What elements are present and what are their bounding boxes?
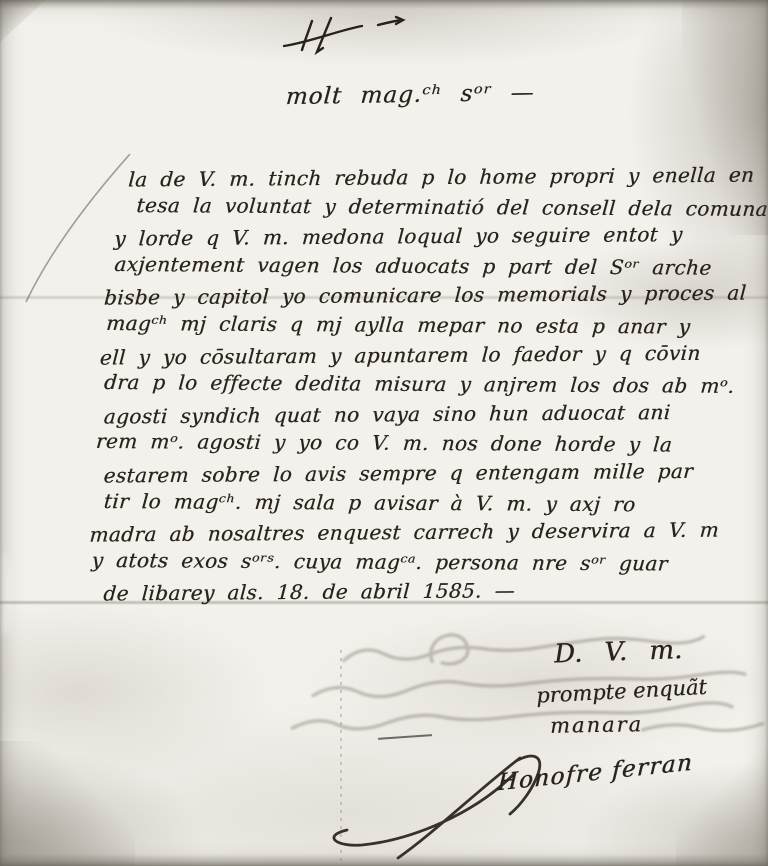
torn-corner-top-left [0,0,46,42]
pen-dash-flourish [378,734,432,740]
signature: Honofre ferran [497,750,694,797]
body-line-3: y lorde q V. m. medona loqual yo seguire… [113,220,767,255]
paper-notch-left [0,552,11,636]
closing-block: D. V. m. prompte enquãt manara [528,636,758,736]
body-line-13: madra ab nosaltres enquest carrech y des… [89,516,747,551]
closing-line-3: manara [550,710,758,738]
body-line-6: magᶜʰ mj claris q mj aylla mepar no esta… [105,309,761,343]
manuscript-letter-scan: molt mag.ᶜʰ sᵒʳ — la de V. m. tinch rebu… [0,0,768,866]
body-line-10: rem mᵒ. agosti y yo co V. m. nos done ho… [95,427,753,461]
letter-body: la de V. m. tinch rebuda p lo home propr… [80,163,768,607]
body-line-1: la de V. m. tinch rebuda p lo home propr… [127,160,768,195]
body-line-15: de libarey als. 18. de abril 1585. — [102,575,742,610]
salutation: molt mag.ᶜʰ sᵒʳ — [285,80,536,110]
torn-edge-top [0,0,768,9]
torn-corner-bottom-left [0,741,135,866]
body-line-11: estarem sobre lo avis sempre q entengam … [103,456,751,491]
closing-line-1: D. V. m. [554,632,759,669]
body-line-8: dra p lo effecte dedita misura y anjrem … [103,368,757,402]
body-line-12: tir lo magᶜʰ. mj sala p avisar à V. m. y… [103,487,749,521]
body-line-7: ell y yo cōsultaram y apuntarem lo faedo… [99,338,759,373]
torn-edge-bottom [0,854,768,866]
body-line-2: tesa la voluntat y determinatió del cons… [135,191,768,224]
invocation-cross-icon [282,14,422,56]
closing-line-2: prompte enquãt [536,672,759,708]
fold-crease-vertical-dotted [340,650,342,866]
body-line-5: bisbe y capitol yo comunicare los memori… [103,279,763,314]
